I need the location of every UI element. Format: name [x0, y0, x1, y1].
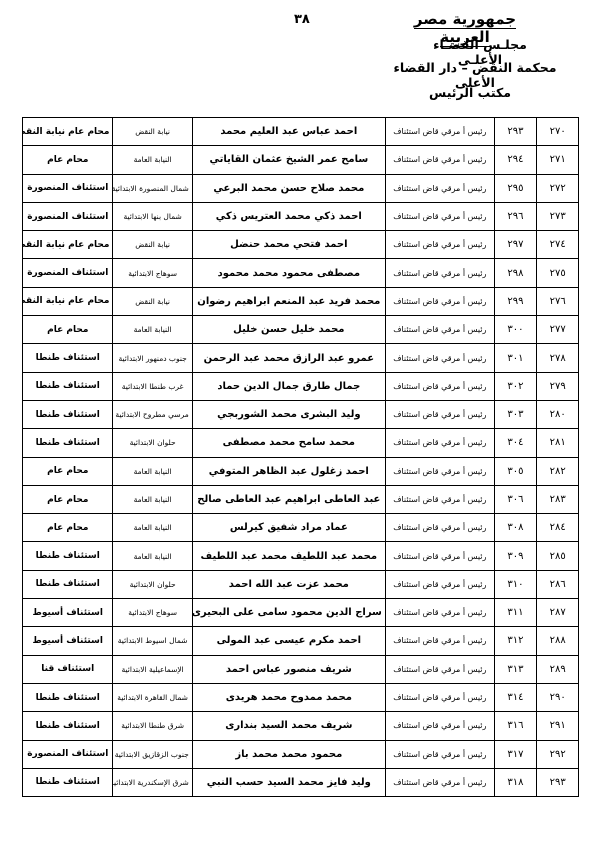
table-row: ٢٧٢٢٩٥رئيس أ مرقي قاض استئنافمحمد صلاح ح…: [23, 174, 579, 202]
seniority-number: ٣١١: [494, 599, 537, 627]
rank-cell: رئيس أ مرقي قاض استئناف: [385, 485, 494, 513]
current-post-cell: سوهاج الابتدائية: [113, 259, 192, 287]
row-index: ٢٧٦: [537, 287, 579, 315]
seniority-number: ٣١٣: [494, 655, 537, 683]
row-index: ٢٨٩: [537, 655, 579, 683]
row-index: ٢٩٠: [537, 683, 579, 711]
row-index: ٢٧٤: [537, 231, 579, 259]
table-row: ٢٧٧٣٠٠رئيس أ مرقي قاض استئنافمحمد خليل ح…: [23, 316, 579, 344]
current-post-cell: حلوان الابتدائية: [113, 429, 192, 457]
current-post-cell: النيابة العامة: [113, 542, 192, 570]
rank-cell: رئيس أ مرقي قاض استئناف: [385, 683, 494, 711]
row-index: ٢٩٣: [537, 768, 579, 796]
current-post-cell: النيابة العامة: [113, 485, 192, 513]
current-post-cell: النيابة العامة: [113, 457, 192, 485]
new-post-cell: محام عام نيابة النقض: [23, 287, 113, 315]
new-post-cell: استئناف قنا: [23, 655, 113, 683]
new-post-cell: استئناف المنصورة: [23, 740, 113, 768]
rank-cell: رئيس أ مرقي قاض استئناف: [385, 316, 494, 344]
name-cell: محمود محمد محمد باز: [192, 740, 385, 768]
new-post-cell: محام عام: [23, 146, 113, 174]
name-cell: وليد فايز محمد السيد حسب النبي: [192, 768, 385, 796]
current-post-cell: النيابة العامة: [113, 316, 192, 344]
row-index: ٢٧٢: [537, 174, 579, 202]
rank-cell: رئيس أ مرقي قاض استئناف: [385, 174, 494, 202]
current-post-cell: مرسي مطروح الابتدائية: [113, 400, 192, 428]
new-post-cell: محام عام: [23, 485, 113, 513]
row-index: ٢٧٣: [537, 202, 579, 230]
table-row: ٢٨٨٣١٢رئيس أ مرقي قاض استئنافاحمد مكرم ع…: [23, 627, 579, 655]
seniority-number: ٣١٦: [494, 712, 537, 740]
current-post-cell: شمال بنها الابتدائية: [113, 202, 192, 230]
seniority-number: ٢٩٤: [494, 146, 537, 174]
table-row: ٢٧٦٢٩٩رئيس أ مرقي قاض استئنافمحمد فريد ع…: [23, 287, 579, 315]
row-index: ٢٩١: [537, 712, 579, 740]
new-post-cell: استئناف طنطا: [23, 570, 113, 598]
rank-cell: رئيس أ مرقي قاض استئناف: [385, 570, 494, 598]
name-cell: احمد مكرم عيسى عبد المولى: [192, 627, 385, 655]
table-row: ٢٨٤٣٠٨رئيس أ مرقي قاض استئنافعماد مراد ش…: [23, 514, 579, 542]
current-post-cell: الإسماعيلية الابتدائية: [113, 655, 192, 683]
seniority-number: ٣٠٠: [494, 316, 537, 344]
row-index: ٢٨٠: [537, 400, 579, 428]
new-post-cell: استئناف طنطا: [23, 344, 113, 372]
row-index: ٢٨٨: [537, 627, 579, 655]
seniority-number: ٣١٧: [494, 740, 537, 768]
rank-cell: رئيس أ مرقي قاض استئناف: [385, 118, 494, 146]
page-number: ٣٨: [294, 12, 310, 27]
row-index: ٢٧١: [537, 146, 579, 174]
table-row: ٢٨٩٣١٣رئيس أ مرقي قاض استئنافشريف منصور …: [23, 655, 579, 683]
current-post-cell: نيابة النقض: [113, 287, 192, 315]
table-row: ٢٨٠٣٠٣رئيس أ مرقي قاض استئنافوليد البشرى…: [23, 400, 579, 428]
table-row: ٢٩١٣١٦رئيس أ مرقي قاض استئنافشريف محمد ا…: [23, 712, 579, 740]
new-post-cell: استئناف المنصورة: [23, 202, 113, 230]
row-index: ٢٨٥: [537, 542, 579, 570]
current-post-cell: النيابة العامة: [113, 146, 192, 174]
table-row: ٢٧١٢٩٤رئيس أ مرقي قاض استئنافسامح عمر ال…: [23, 146, 579, 174]
current-post-cell: حلوان الابتدائية: [113, 570, 192, 598]
table-row: ٢٩٠٣١٤رئيس أ مرقي قاض استئنافمحمد ممدوح …: [23, 683, 579, 711]
current-post-cell: سوهاج الابتدائية: [113, 599, 192, 627]
current-post-cell: النيابة العامة: [113, 514, 192, 542]
new-post-cell: استئناف المنصورة: [23, 259, 113, 287]
seniority-number: ٣٠٣: [494, 400, 537, 428]
name-cell: محمد صلاح حسن محمد البرعي: [192, 174, 385, 202]
seniority-number: ٣٠٨: [494, 514, 537, 542]
row-index: ٢٧٥: [537, 259, 579, 287]
table-row: ٢٧٩٣٠٢رئيس أ مرقي قاض استئنافجمال طارق ج…: [23, 372, 579, 400]
name-cell: مصطفى محمود محمد محمود: [192, 259, 385, 287]
seniority-number: ٣١٨: [494, 768, 537, 796]
row-index: ٢٨٧: [537, 599, 579, 627]
rank-cell: رئيس أ مرقي قاض استئناف: [385, 655, 494, 683]
name-cell: احمد فتحي محمد حنضل: [192, 231, 385, 259]
name-cell: عبد العاطى ابراهيم عبد العاطى صالح: [192, 485, 385, 513]
row-index: ٢٨٤: [537, 514, 579, 542]
seniority-number: ٣٠٥: [494, 457, 537, 485]
seniority-number: ٢٩٥: [494, 174, 537, 202]
new-post-cell: استئناف طنطا: [23, 542, 113, 570]
rank-cell: رئيس أ مرقي قاض استئناف: [385, 768, 494, 796]
name-cell: جمال طارق جمال الدين حماد: [192, 372, 385, 400]
current-post-cell: شمال القاهرة الابتدائية: [113, 683, 192, 711]
table-row: ٢٧٠٢٩٣رئيس أ مرقي قاض استئنافاحمد عباس ع…: [23, 118, 579, 146]
seniority-number: ٣٠١: [494, 344, 537, 372]
name-cell: شريف منصور عباس احمد: [192, 655, 385, 683]
new-post-cell: محام عام نيابة النقض: [23, 231, 113, 259]
seniority-number: ٣١٢: [494, 627, 537, 655]
seniority-number: ٢٩٣: [494, 118, 537, 146]
table-row: ٢٨٣٣٠٦رئيس أ مرقي قاض استئنافعبد العاطى …: [23, 485, 579, 513]
row-index: ٢٧٠: [537, 118, 579, 146]
row-index: ٢٨٢: [537, 457, 579, 485]
current-post-cell: شرق الإسكندرية الابتدائية: [113, 768, 192, 796]
seniority-number: ٣٠٩: [494, 542, 537, 570]
current-post-cell: جنوب الزقازيق الابتدائية: [113, 740, 192, 768]
name-cell: محمد عزت عبد الله احمد: [192, 570, 385, 598]
new-post-cell: استئناف المنصورة: [23, 174, 113, 202]
row-index: ٢٨١: [537, 429, 579, 457]
table-row: ٢٧٨٣٠١رئيس أ مرقي قاض استئنافعمرو عبد ال…: [23, 344, 579, 372]
seniority-number: ٣٠٤: [494, 429, 537, 457]
table-row: ٢٩٢٣١٧رئيس أ مرقي قاض استئنافمحمود محمد …: [23, 740, 579, 768]
judges-roster-table: ٢٧٠٢٩٣رئيس أ مرقي قاض استئنافاحمد عباس ع…: [22, 117, 579, 797]
current-post-cell: شرق طنطا الابتدائية: [113, 712, 192, 740]
row-index: ٢٧٩: [537, 372, 579, 400]
name-cell: محمد سامح محمد مصطفى: [192, 429, 385, 457]
new-post-cell: محام عام: [23, 514, 113, 542]
new-post-cell: محام عام: [23, 457, 113, 485]
row-index: ٢٩٢: [537, 740, 579, 768]
new-post-cell: محام عام: [23, 316, 113, 344]
seniority-number: ٢٩٧: [494, 231, 537, 259]
rank-cell: رئيس أ مرقي قاض استئناف: [385, 202, 494, 230]
table-row: ٢٧٥٢٩٨رئيس أ مرقي قاض استئنافمصطفى محمود…: [23, 259, 579, 287]
rank-cell: رئيس أ مرقي قاض استئناف: [385, 627, 494, 655]
name-cell: عمرو عبد الرازق محمد عبد الرحمن: [192, 344, 385, 372]
new-post-cell: استئناف أسيوط: [23, 599, 113, 627]
name-cell: احمد ذكي محمد العتريس ذكي: [192, 202, 385, 230]
new-post-cell: استئناف طنطا: [23, 429, 113, 457]
name-cell: سامح عمر الشيخ عثمان القاياتي: [192, 146, 385, 174]
current-post-cell: غرب طنطا الابتدائية: [113, 372, 192, 400]
seniority-number: ٣١٠: [494, 570, 537, 598]
table-row: ٢٧٤٢٩٧رئيس أ مرقي قاض استئنافاحمد فتحي م…: [23, 231, 579, 259]
seniority-number: ٣٠٦: [494, 485, 537, 513]
rank-cell: رئيس أ مرقي قاض استئناف: [385, 231, 494, 259]
name-cell: وليد البشرى محمد الشوربجي: [192, 400, 385, 428]
rank-cell: رئيس أ مرقي قاض استئناف: [385, 599, 494, 627]
name-cell: محمد خليل حسن خليل: [192, 316, 385, 344]
table-row: ٢٩٣٣١٨رئيس أ مرقي قاض استئنافوليد فايز م…: [23, 768, 579, 796]
row-index: ٢٨٦: [537, 570, 579, 598]
current-post-cell: نيابة النقض: [113, 118, 192, 146]
name-cell: عماد مراد شفيق كيرلس: [192, 514, 385, 542]
current-post-cell: جنوب دمنهور الابتدائية: [113, 344, 192, 372]
rank-cell: رئيس أ مرقي قاض استئناف: [385, 457, 494, 485]
current-post-cell: شمال المنصورة الابتدائية: [113, 174, 192, 202]
rank-cell: رئيس أ مرقي قاض استئناف: [385, 344, 494, 372]
row-index: ٢٨٣: [537, 485, 579, 513]
seniority-number: ٢٩٩: [494, 287, 537, 315]
seniority-number: ٣١٤: [494, 683, 537, 711]
rank-cell: رئيس أ مرقي قاض استئناف: [385, 146, 494, 174]
seniority-number: ٣٠٢: [494, 372, 537, 400]
new-post-cell: استئناف طنطا: [23, 683, 113, 711]
rank-cell: رئيس أ مرقي قاض استئناف: [385, 287, 494, 315]
rank-cell: رئيس أ مرقي قاض استئناف: [385, 712, 494, 740]
table-row: ٢٨٢٣٠٥رئيس أ مرقي قاض استئنافاحمد زغلول …: [23, 457, 579, 485]
table-row: ٢٨٦٣١٠رئيس أ مرقي قاض استئنافمحمد عزت عب…: [23, 570, 579, 598]
rank-cell: رئيس أ مرقي قاض استئناف: [385, 259, 494, 287]
name-cell: سراج الدين محمود سامى على البحيرى: [192, 599, 385, 627]
current-post-cell: شمال اسيوط الابتدائية: [113, 627, 192, 655]
row-index: ٢٧٨: [537, 344, 579, 372]
table-row: ٢٨٥٣٠٩رئيس أ مرقي قاض استئنافمحمد عبد ال…: [23, 542, 579, 570]
seniority-number: ٢٩٦: [494, 202, 537, 230]
name-cell: محمد عبد اللطيف محمد عبد اللطيف: [192, 542, 385, 570]
new-post-cell: استئناف طنطا: [23, 372, 113, 400]
table-row: ٢٧٣٢٩٦رئيس أ مرقي قاض استئنافاحمد ذكي مح…: [23, 202, 579, 230]
new-post-cell: استئناف طنطا: [23, 712, 113, 740]
table-row: ٢٨٧٣١١رئيس أ مرقي قاض استئنافسراج الدين …: [23, 599, 579, 627]
name-cell: شريف محمد السيد بندارى: [192, 712, 385, 740]
rank-cell: رئيس أ مرقي قاض استئناف: [385, 740, 494, 768]
new-post-cell: محام عام نيابة النقض: [23, 118, 113, 146]
rank-cell: رئيس أ مرقي قاض استئناف: [385, 514, 494, 542]
seniority-number: ٢٩٨: [494, 259, 537, 287]
row-index: ٢٧٧: [537, 316, 579, 344]
new-post-cell: استئناف طنطا: [23, 768, 113, 796]
rank-cell: رئيس أ مرقي قاض استئناف: [385, 400, 494, 428]
new-post-cell: استئناف طنطا: [23, 400, 113, 428]
name-cell: احمد زغلول عبد الظاهر المتوفي: [192, 457, 385, 485]
current-post-cell: نيابة النقض: [113, 231, 192, 259]
rank-cell: رئيس أ مرقي قاض استئناف: [385, 542, 494, 570]
rank-cell: رئيس أ مرقي قاض استئناف: [385, 372, 494, 400]
name-cell: محمد ممدوح محمد هريدى: [192, 683, 385, 711]
rank-cell: رئيس أ مرقي قاض استئناف: [385, 429, 494, 457]
name-cell: محمد فريد عبد المنعم ابراهيم رضوان: [192, 287, 385, 315]
name-cell: احمد عباس عبد العليم محمد: [192, 118, 385, 146]
new-post-cell: استئناف أسيوط: [23, 627, 113, 655]
roster-body: ٢٧٠٢٩٣رئيس أ مرقي قاض استئنافاحمد عباس ع…: [23, 118, 579, 797]
table-row: ٢٨١٣٠٤رئيس أ مرقي قاض استئنافمحمد سامح م…: [23, 429, 579, 457]
office-heading: مكتب الرئيس: [420, 85, 520, 100]
